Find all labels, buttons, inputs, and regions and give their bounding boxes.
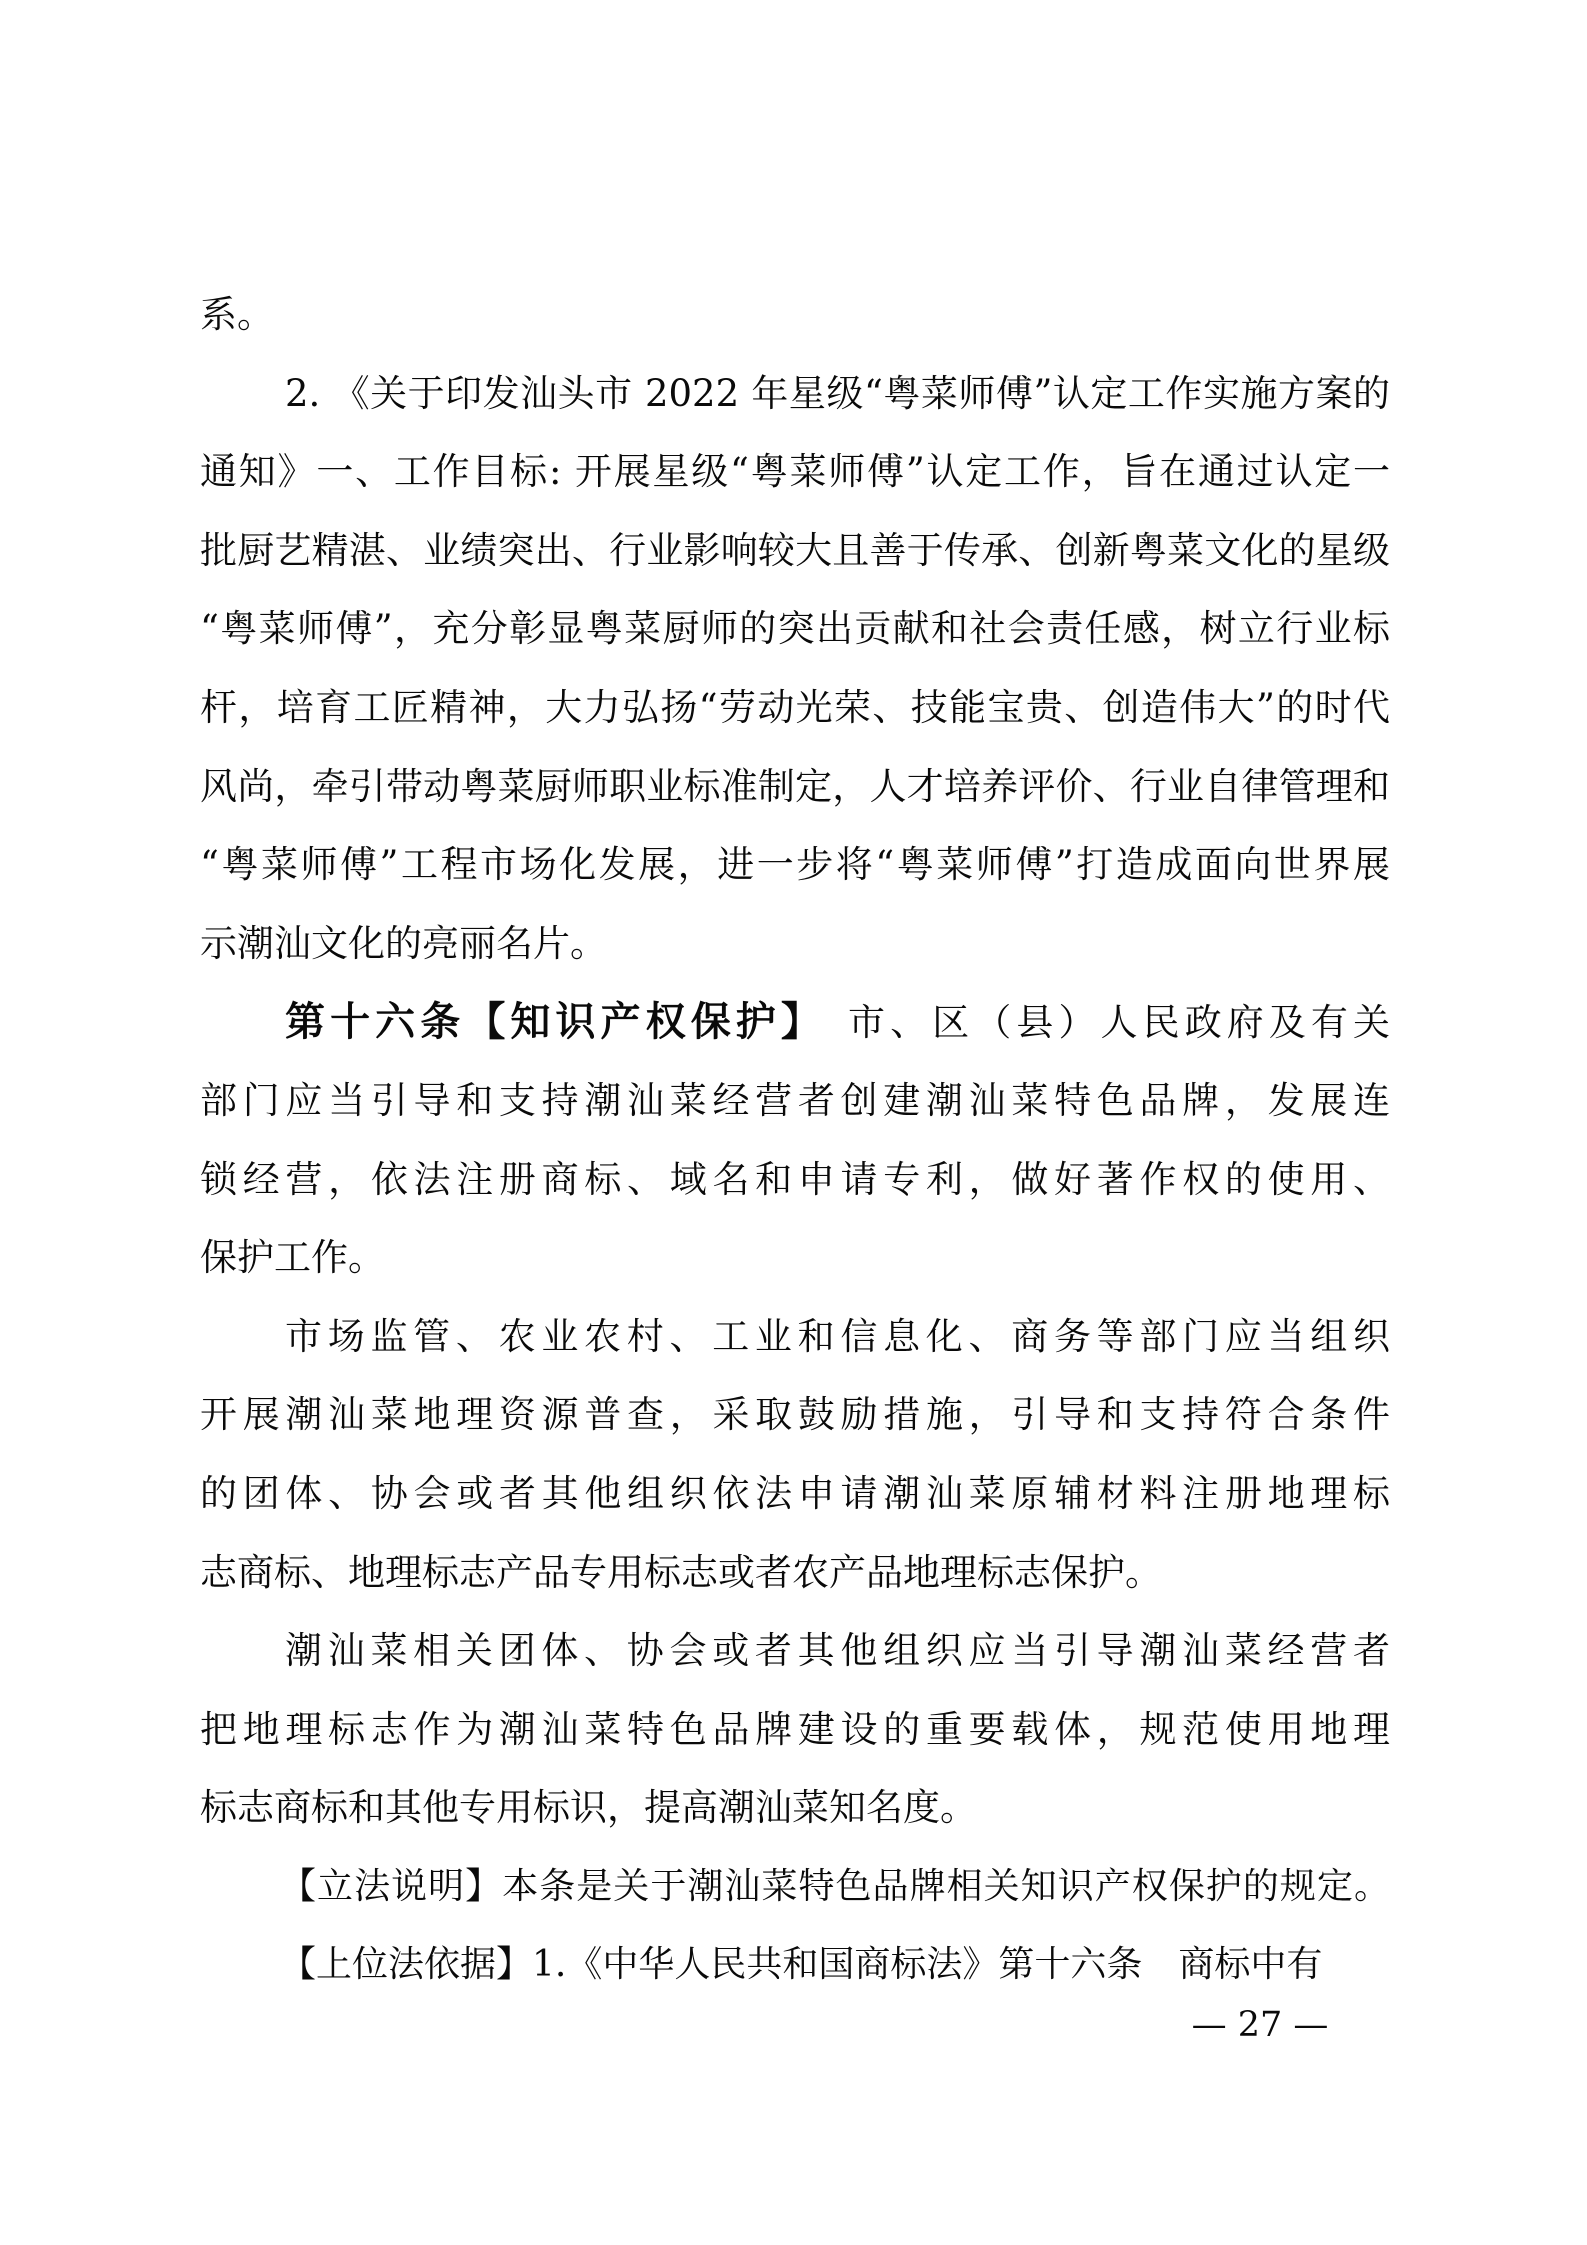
text-line: 市场监管、农业农村、工业和信息化、商务等部门应当组织	[200, 1298, 1390, 1377]
text-line: 潮汕菜相关团体、协会或者其他组织应当引导潮汕菜经营者	[200, 1612, 1390, 1691]
text-line: 风尚，牵引带动粤菜厨师职业标准制定，人才培养评价、行业自律管理和	[200, 748, 1390, 827]
text-line: “粤菜师傅”工程市场化发展，进一步将“粤菜师傅”打造成面向世界展	[200, 826, 1390, 905]
document-page: 系。 2. 《关于印发汕头市 2022 年星级“粤菜师傅”认定工作实施方案的 通…	[0, 0, 1587, 2245]
page-number: — 27 —	[1130, 2000, 1390, 2050]
document-body: 系。 2. 《关于印发汕头市 2022 年星级“粤菜师傅”认定工作实施方案的 通…	[200, 276, 1390, 2005]
text-line: 2. 《关于印发汕头市 2022 年星级“粤菜师傅”认定工作实施方案的	[200, 355, 1390, 434]
superior-law-basis-line: 【上位法依据】1.《中华人民共和国商标法》第十六条 商标中有	[200, 1926, 1390, 2005]
text-line: 志商标、地理标志产品专用标志或者农产品地理标志保护。	[200, 1534, 1390, 1613]
article-16-heading-continuation: 市、区（县）人民政府及有关	[806, 1001, 1390, 1044]
text-line: 开展潮汕菜地理资源普查，采取鼓励措施，引导和支持符合条件	[200, 1376, 1390, 1455]
text-line: “粤菜师傅”，充分彰显粤菜厨师的突出贡献和社会责任感，树立行业标	[200, 590, 1390, 669]
text-line: 部门应当引导和支持潮汕菜经营者创建潮汕菜特色品牌，发展连	[200, 1062, 1390, 1141]
text-line: 锁经营，依法注册商标、域名和申请专利，做好著作权的使用、	[200, 1141, 1390, 1220]
text-line: 批厨艺精湛、业绩突出、行业影响较大且善于传承、创新粤菜文化的星级	[200, 512, 1390, 591]
text-line: 的团体、协会或者其他组织依法申请潮汕菜原辅材料注册地理标	[200, 1455, 1390, 1534]
text-line: 把地理标志作为潮汕菜特色品牌建设的重要载体，规范使用地理	[200, 1691, 1390, 1770]
text-line: 系。	[200, 276, 1390, 355]
article-16-heading-line: 第十六条【知识产权保护】 市、区（县）人民政府及有关	[200, 983, 1390, 1062]
text-line: 示潮汕文化的亮丽名片。	[200, 905, 1390, 984]
legislative-note-line: 【立法说明】本条是关于潮汕菜特色品牌相关知识产权保护的规定。	[200, 1848, 1390, 1927]
text-line: 杆，培育工匠精神，大力弘扬“劳动光荣、技能宝贵、创造伟大”的时代	[200, 669, 1390, 748]
text-line: 保护工作。	[200, 1219, 1390, 1298]
article-16-heading: 第十六条【知识产权保护】	[285, 999, 806, 1045]
text-line: 标志商标和其他专用标识，提高潮汕菜知名度。	[200, 1769, 1390, 1848]
text-line: 通知》一、工作目标: 开展星级“粤菜师傅”认定工作，旨在通过认定一	[200, 433, 1390, 512]
